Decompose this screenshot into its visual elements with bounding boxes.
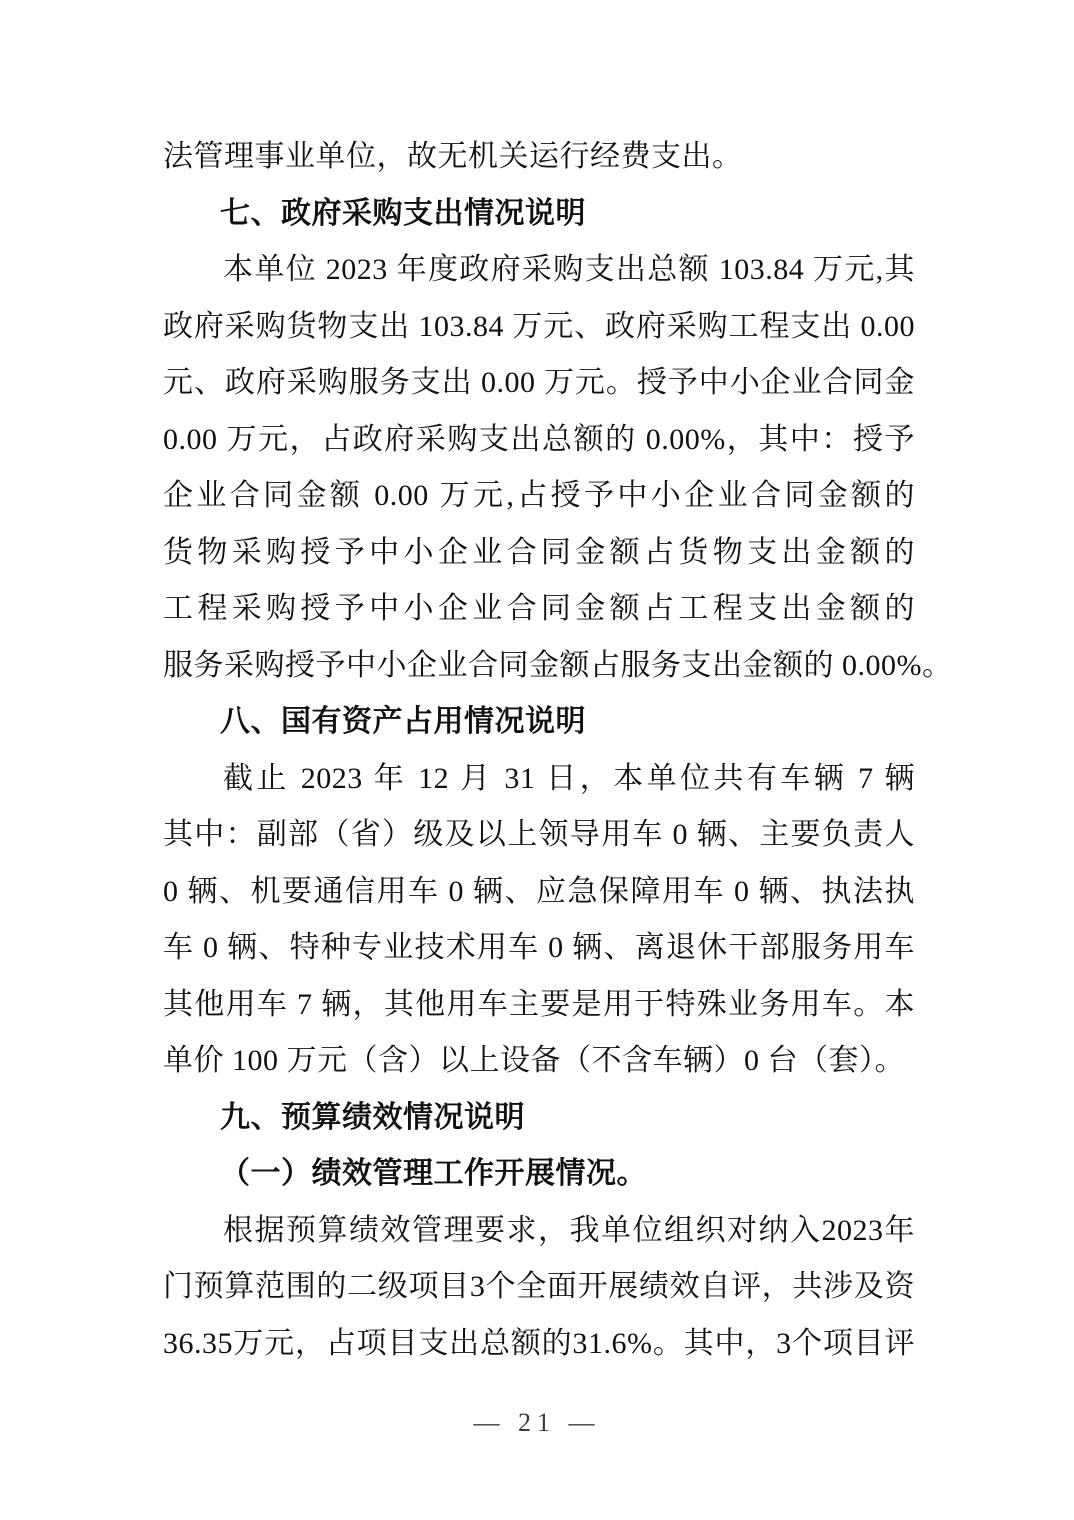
paragraph-line: 服务采购授予中小企业合同金额占服务支出金额的 0.00%。: [163, 638, 915, 695]
paragraph-line: 单价 100 万元（含）以上设备（不含车辆）0 台（套）。: [163, 1033, 915, 1090]
paragraph-line: 企业合同金额 0.00 万元,占授予中小企业合同金额的 0.00%。: [163, 468, 915, 525]
document-body: 法管理事业单位，故无机关运行经费支出。 七、政府采购支出情况说明 本单位 202…: [163, 129, 915, 1372]
paragraph-line: 门预算范围的二级项目3个全面开展绩效自评，共涉及资金: [163, 1259, 915, 1316]
heading-section-nine: 九、预算绩效情况说明: [163, 1090, 915, 1147]
paragraph-line: 0 辆、机要通信用车 0 辆、应急保障用车 0 辆、执法执勤用: [163, 864, 915, 921]
paragraph-line: 其中：副部（省）级及以上领导用车 0 辆、主要负责人用车: [163, 807, 915, 864]
heading-section-seven: 七、政府采购支出情况说明: [163, 186, 915, 243]
paragraph-line: 法管理事业单位，故无机关运行经费支出。: [163, 129, 915, 186]
document-page: 法管理事业单位，故无机关运行经费支出。 七、政府采购支出情况说明 本单位 202…: [0, 0, 1074, 1520]
paragraph-line: 其他用车 7 辆，其他用车主要是用于特殊业务用车。本单位: [163, 977, 915, 1034]
heading-section-eight: 八、国有资产占用情况说明: [163, 694, 915, 751]
paragraph-line: 货物采购授予中小企业合同金额占货物支出金额的 0.00%，: [163, 525, 915, 582]
paragraph-line: 截止 2023 年 12 月 31 日，本单位共有车辆 7 辆（台），: [163, 751, 915, 808]
paragraph-line: 车 0 辆、特种专业技术用车 0 辆、离退休干部服务用车 0 辆、: [163, 920, 915, 977]
paragraph-line: 元、政府采购服务支出 0.00 万元。授予中小企业合同金额: [163, 355, 915, 412]
page-number: — 21 —: [0, 1408, 1074, 1438]
paragraph-line: 政府采购货物支出 103.84 万元、政府采购工程支出 0.00 万: [163, 299, 915, 356]
subheading-performance: （一）绩效管理工作开展情况。: [163, 1146, 915, 1203]
paragraph-line: 0.00 万元，占政府采购支出总额的 0.00%，其中：授予小微: [163, 412, 915, 469]
paragraph-line: 36.35万元，占项目支出总额的31.6%。其中，3个项目评价: [163, 1316, 915, 1373]
paragraph-line: 工程采购授予中小企业合同金额占工程支出金额的 0.00%，: [163, 581, 915, 638]
paragraph-line: 根据预算绩效管理要求，我单位组织对纳入2023年度部: [163, 1203, 915, 1260]
paragraph-line: 本单位 2023 年度政府采购支出总额 103.84 万元,其中:: [163, 242, 915, 299]
